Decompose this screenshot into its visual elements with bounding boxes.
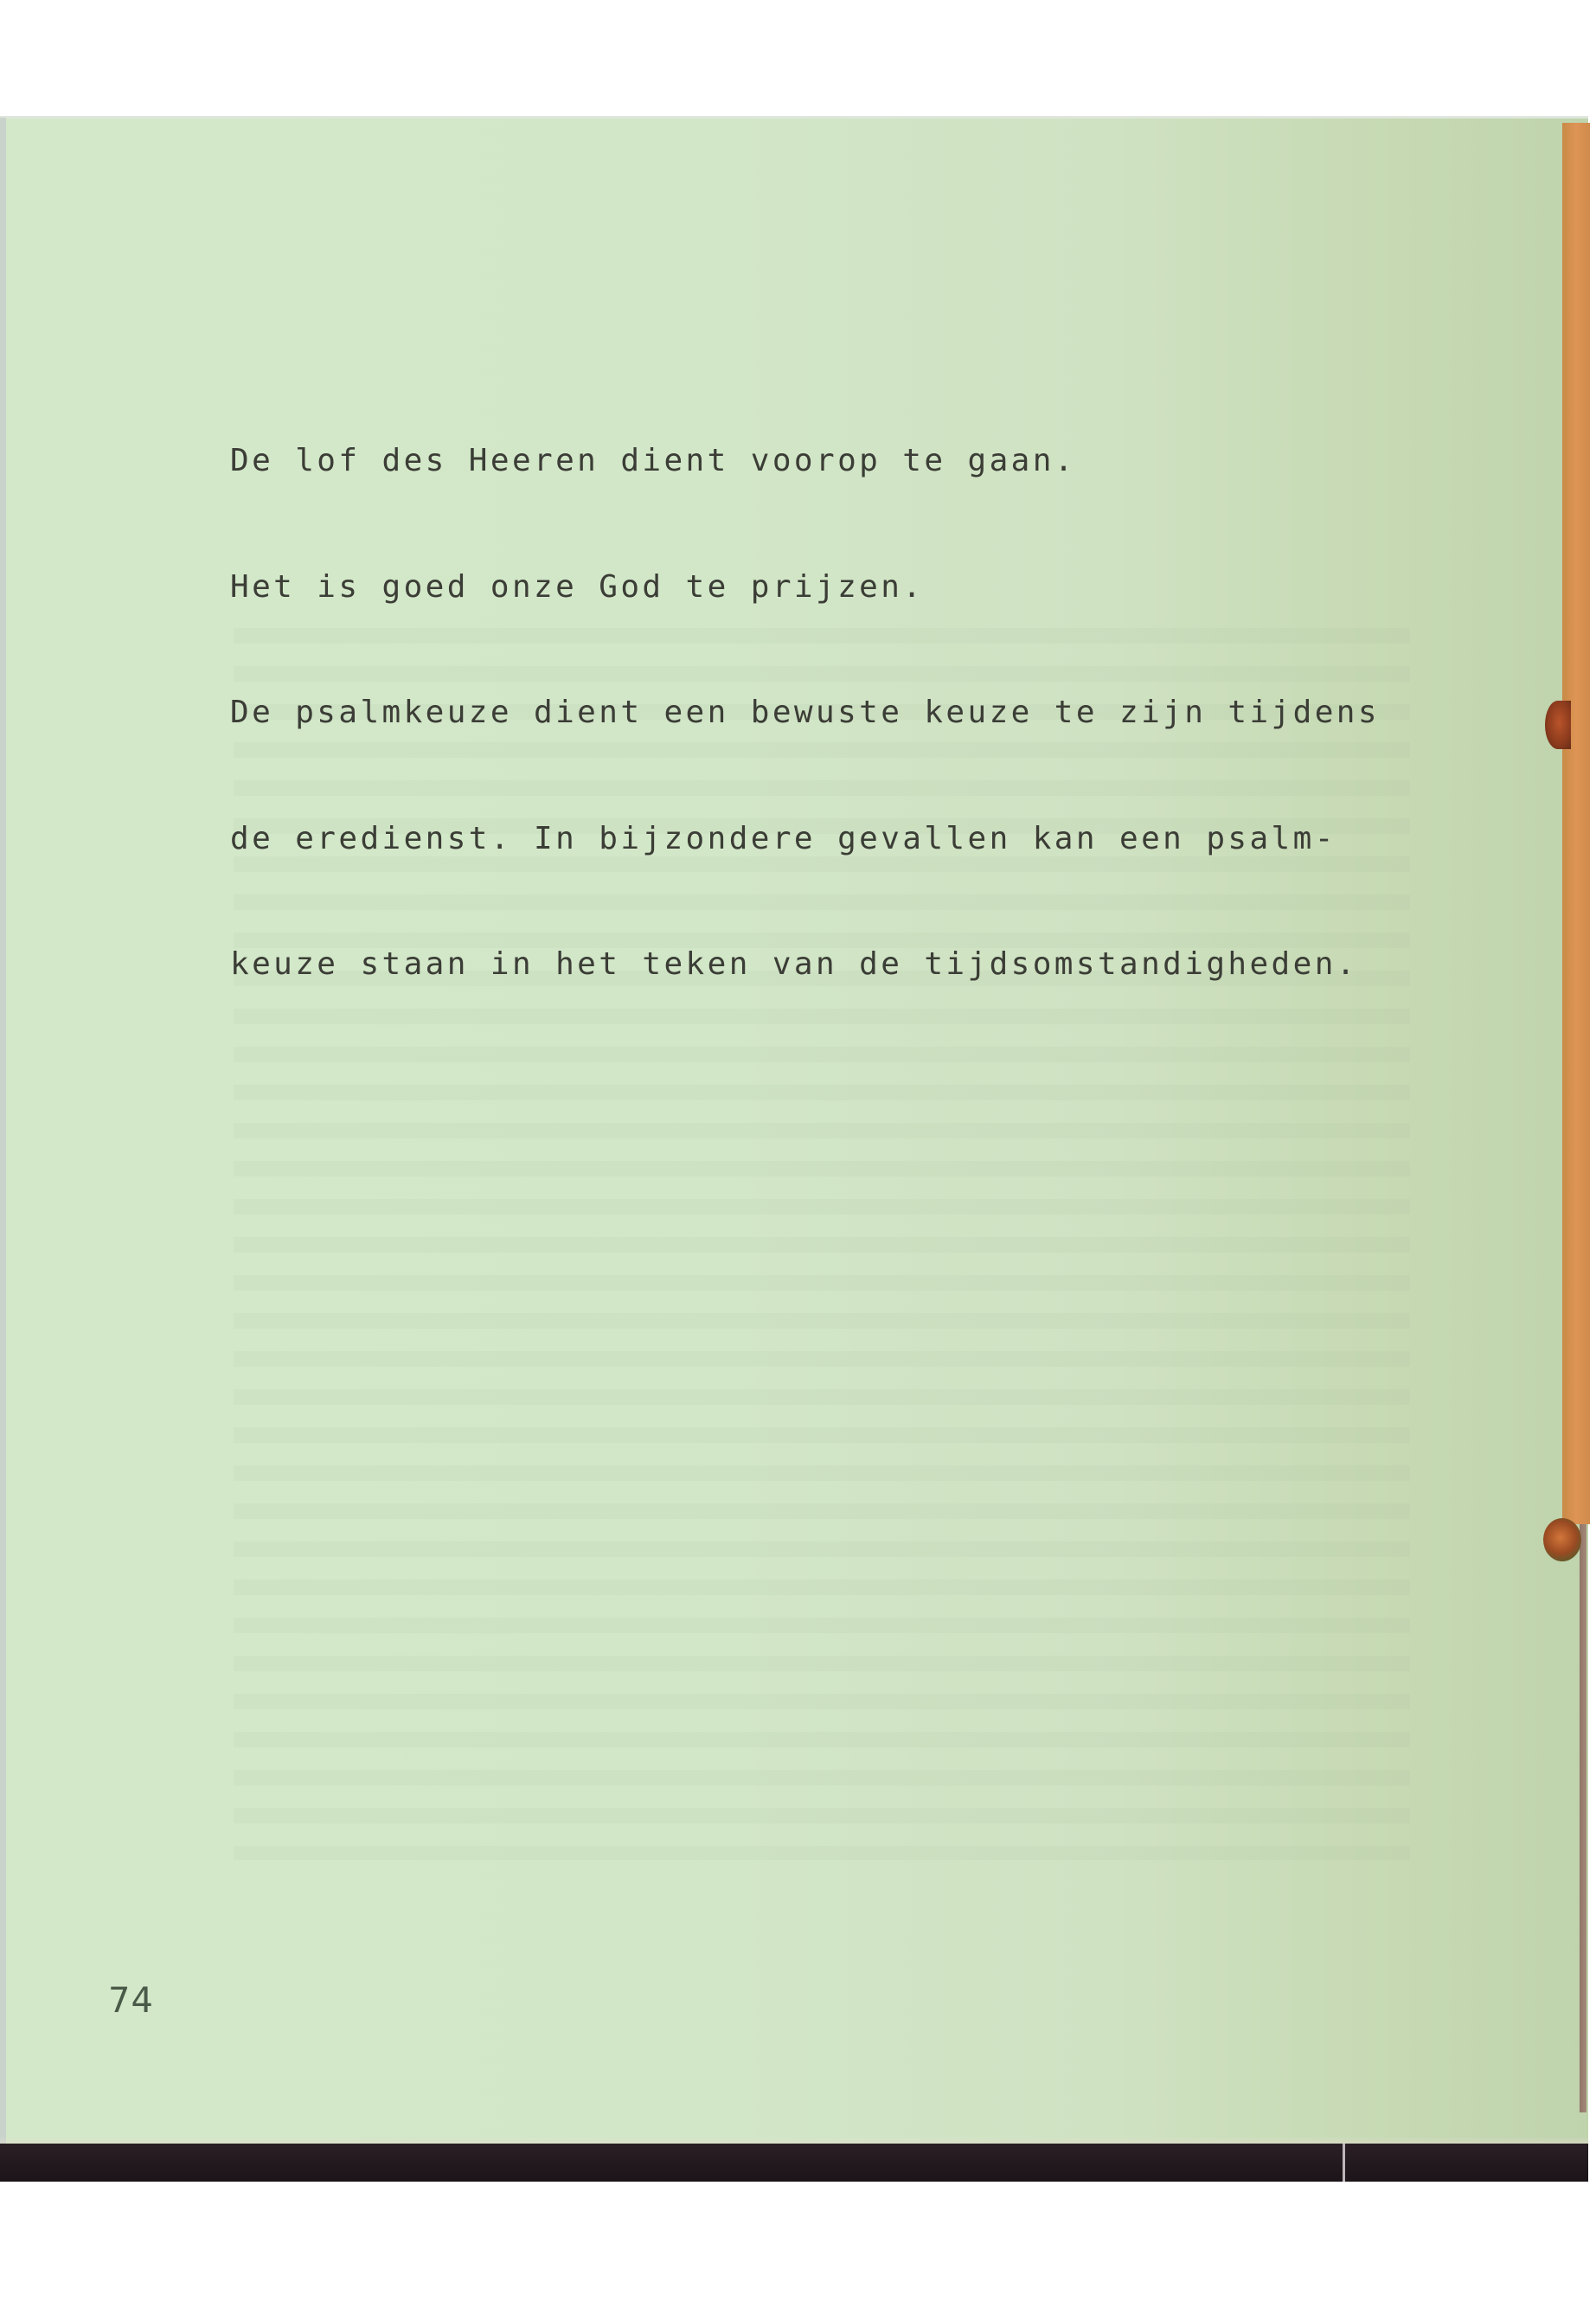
binding-ring-lower-icon (1543, 1518, 1581, 1561)
text-line: De psalmkeuze dient een bewuste keuze te… (230, 692, 1380, 734)
text-line: de eredienst. In bijzondere gevallen kan… (230, 818, 1380, 861)
page-top-edge (0, 116, 1588, 119)
text-line: Het is goed onze God te prijzen. (230, 567, 1380, 609)
binder-cover-edge (1562, 123, 1590, 1524)
typed-text-block: De lof des Heeren dient voorop te gaan. … (230, 356, 1380, 1028)
text-line: keuze staan in het teken van de tijdsoms… (230, 944, 1380, 986)
page-left-edge (0, 118, 6, 2145)
binder-band-seam (1343, 2144, 1345, 2182)
page-number: 74 (108, 1981, 154, 2021)
text-line: De lof des Heeren dient voorop te gaan. (230, 440, 1380, 483)
binder-cover-edge-lower (1580, 1524, 1586, 2112)
binder-bottom-band (0, 2144, 1588, 2182)
binding-ring-upper-icon (1545, 701, 1571, 749)
